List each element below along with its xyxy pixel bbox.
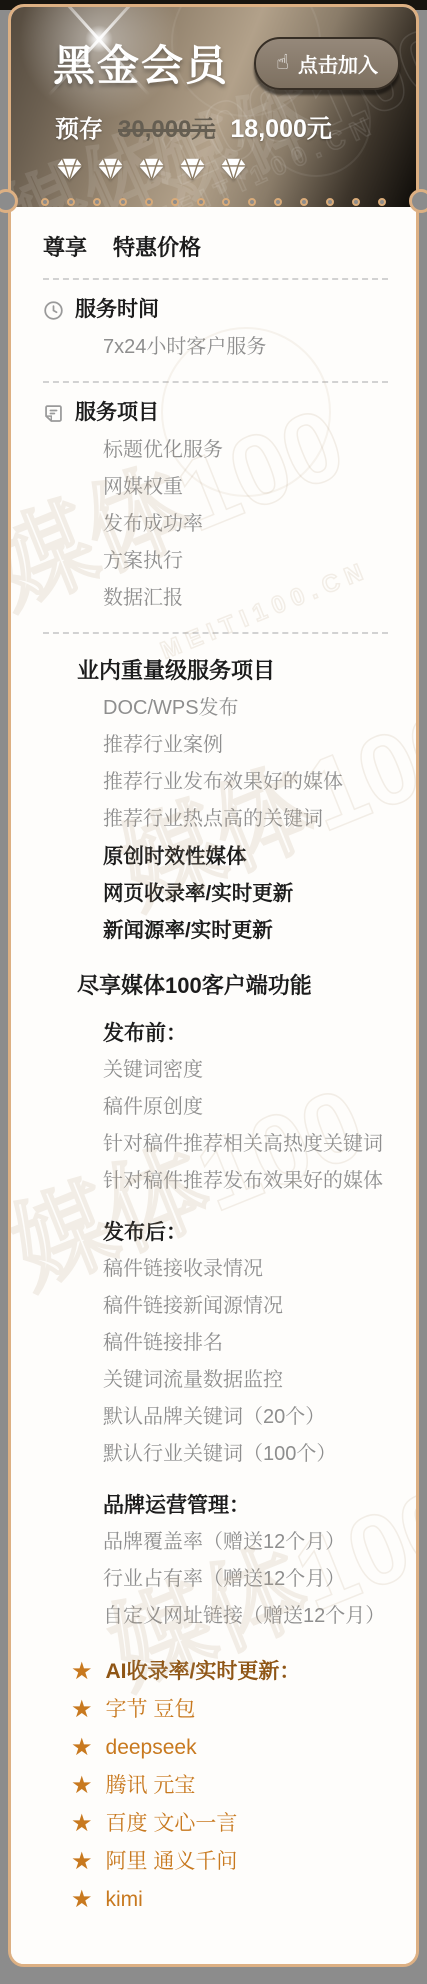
- perforation-row: [41, 198, 386, 206]
- post-publish-title: 发布后：: [103, 1214, 394, 1251]
- star-icon: ★: [71, 1736, 93, 1760]
- ai-item-label: 腾讯 元宝: [106, 1767, 196, 1805]
- diamond-icon: [137, 157, 166, 182]
- ai-list-item: ★ 阿里 通义千问: [71, 1843, 394, 1881]
- perforation-dot: [326, 198, 334, 206]
- dashed-divider: [43, 278, 388, 280]
- service-time-heading: 服务时间: [43, 295, 394, 325]
- perforation-dot: [197, 198, 205, 206]
- ai-section-title: AI收录率/实时更新：: [106, 1653, 301, 1691]
- list-item: 稿件链接收录情况: [103, 1251, 394, 1288]
- ai-item-label: 百度 文心一言: [106, 1805, 238, 1843]
- list-item: 7x24小时客户服务: [103, 329, 394, 366]
- ai-item-label: deepseek: [106, 1729, 197, 1767]
- ai-item-label: kimi: [106, 1881, 143, 1919]
- perforation-dot: [248, 198, 256, 206]
- list-item-highlight: 网页收录率/实时更新: [103, 875, 394, 912]
- star-icon: ★: [71, 1698, 93, 1722]
- ai-list-item: ★ kimi: [71, 1881, 394, 1919]
- pre-publish-title: 发布前：: [103, 1015, 394, 1052]
- list-item: 标题优化服务: [103, 432, 394, 469]
- list-item: 稿件链接新闻源情况: [103, 1288, 394, 1325]
- prepay-label: 预存: [55, 109, 103, 144]
- perforation-dot: [300, 198, 308, 206]
- star-icon: ★: [71, 1660, 93, 1684]
- tab-special-price: 特惠价格: [113, 233, 201, 263]
- list-item: 推荐行业案例: [103, 727, 394, 764]
- list-item: 数据汇报: [103, 580, 394, 617]
- card-body: 媒体100 媒体100 媒体100 媒体100 MEITI100.CN 尊享 特…: [11, 207, 416, 1964]
- list-item: 网媒权重: [103, 469, 394, 506]
- page: 媒体100 媒体100 MEITI100.CN 黑金会员 ☝ 点击加入 预存 3…: [0, 0, 427, 1984]
- diamond-icon: [219, 157, 248, 182]
- diamond-icon: [96, 157, 125, 182]
- ai-list-item: ★ 腾讯 元宝: [71, 1767, 394, 1805]
- list-item: 推荐行业发布效果好的媒体: [103, 764, 394, 801]
- perforation-dot: [145, 198, 153, 206]
- service-items-heading: 服务项目: [43, 398, 394, 428]
- perforation-dot: [67, 198, 75, 206]
- ticket-notch-right: [409, 189, 427, 213]
- list-item: 行业占有率（赠送12个月）: [103, 1561, 394, 1598]
- ai-list-item: ★ 百度 文心一言: [71, 1805, 394, 1843]
- perforation-dot: [352, 198, 360, 206]
- price-row: 预存 30,000元 18,000元: [11, 109, 416, 145]
- list-item-highlight: 新闻源率/实时更新: [103, 912, 394, 949]
- pricing-tabs: 尊享 特惠价格: [43, 233, 394, 263]
- current-price: 18,000元: [230, 109, 331, 145]
- service-items-title: 服务项目: [75, 398, 159, 428]
- list-item: 关键词密度: [103, 1052, 394, 1089]
- list-item: DOC/WPS发布: [103, 690, 394, 727]
- clock-icon: [43, 300, 64, 321]
- list-item: 推荐行业热点高的关键词: [103, 801, 394, 838]
- diamond-icon: [178, 157, 207, 182]
- dashed-divider: [43, 381, 388, 383]
- service-time-title: 服务时间: [75, 295, 159, 325]
- client-features-title: 尽享媒体100客户端功能: [77, 971, 394, 1001]
- list-item: 针对稿件推荐相关高热度关键词: [103, 1126, 394, 1163]
- star-icon: ★: [71, 1812, 93, 1836]
- star-icon: ★: [71, 1888, 93, 1912]
- perforation-dot: [378, 198, 386, 206]
- perforation-dot: [222, 198, 230, 206]
- ai-item-label: 阿里 通义千问: [106, 1843, 238, 1881]
- list-item: 针对稿件推荐发布效果好的媒体: [103, 1163, 394, 1200]
- document-icon: [43, 403, 64, 424]
- list-item: 稿件链接排名: [103, 1325, 394, 1362]
- brand-ops-title: 品牌运营管理：: [103, 1487, 394, 1524]
- dashed-divider: [43, 632, 388, 634]
- diamond-rating: [11, 157, 416, 182]
- star-icon: ★: [71, 1774, 93, 1798]
- ai-item-label: 字节 豆包: [106, 1691, 196, 1729]
- join-button-label: 点击加入: [298, 49, 378, 78]
- pointing-hand-icon: ☝: [276, 52, 289, 73]
- tab-privilege: 尊享: [43, 233, 87, 263]
- ai-list-item: ★ 字节 豆包: [71, 1691, 394, 1729]
- list-item: 方案执行: [103, 543, 394, 580]
- list-item: 自定义网址链接（赠送12个月）: [103, 1598, 394, 1635]
- star-icon: ★: [71, 1850, 93, 1874]
- list-item: 品牌覆盖率（赠送12个月）: [103, 1524, 394, 1561]
- ai-section-heading: ★ AI收录率/实时更新：: [71, 1653, 394, 1691]
- perforation-dot: [274, 198, 282, 206]
- original-price: 30,000元: [118, 109, 215, 144]
- ai-list-item: ★ deepseek: [71, 1729, 394, 1767]
- diamond-icon: [55, 157, 84, 182]
- perforation-dot: [119, 198, 127, 206]
- list-item: 默认品牌关键词（20个）: [103, 1399, 394, 1436]
- list-item: 发布成功率: [103, 506, 394, 543]
- ai-index-section: ★ AI收录率/实时更新： ★ 字节 豆包 ★ deepseek ★ 腾讯 元宝…: [71, 1653, 394, 1919]
- perforation-dot: [93, 198, 101, 206]
- card-header: 媒体100 媒体100 MEITI100.CN 黑金会员 ☝ 点击加入 预存 3…: [11, 7, 416, 207]
- list-item: 稿件原创度: [103, 1089, 394, 1126]
- membership-card: 媒体100 媒体100 MEITI100.CN 黑金会员 ☝ 点击加入 预存 3…: [8, 4, 419, 1967]
- perforation-dot: [171, 198, 179, 206]
- perforation-dot: [41, 198, 49, 206]
- join-button[interactable]: ☝ 点击加入: [254, 37, 400, 90]
- list-item: 默认行业关键词（100个）: [103, 1436, 394, 1473]
- list-item: 关键词流量数据监控: [103, 1362, 394, 1399]
- list-item-highlight: 原创时效性媒体: [103, 838, 394, 875]
- heavyweight-section-title: 业内重量级服务项目: [77, 656, 394, 686]
